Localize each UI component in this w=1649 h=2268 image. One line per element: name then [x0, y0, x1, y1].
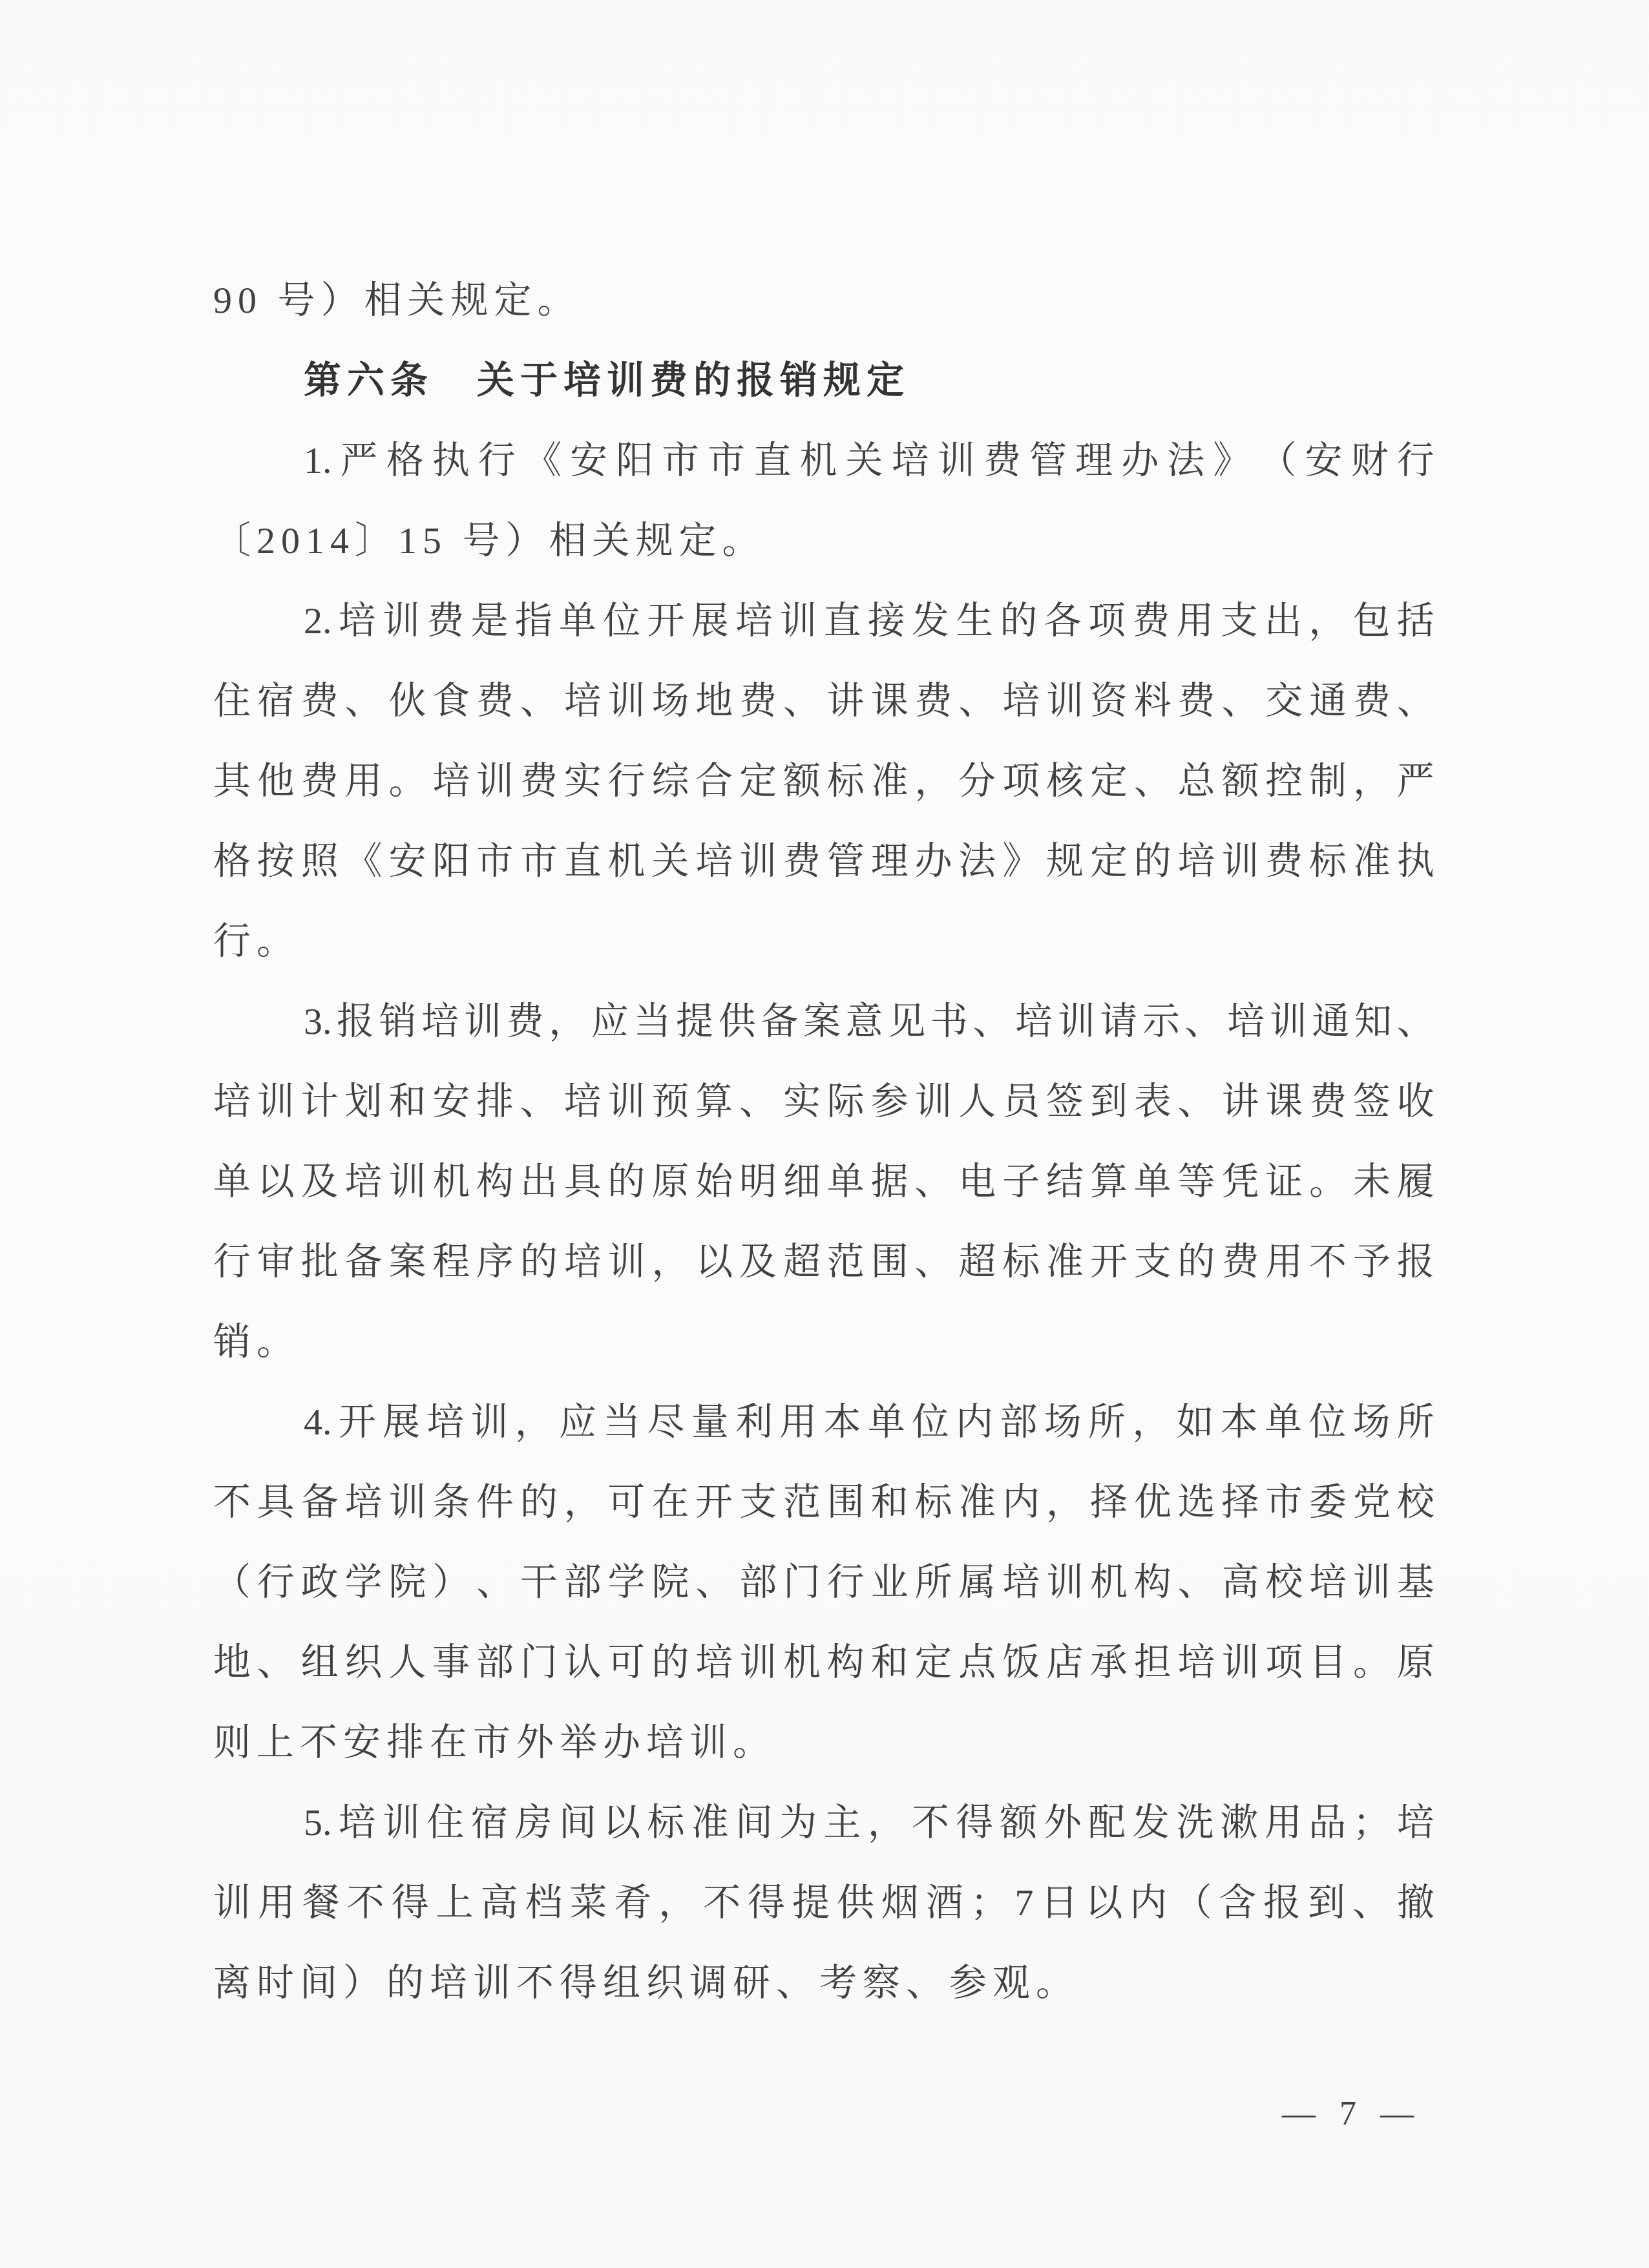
text-char: 市: [1265, 1462, 1303, 1542]
text-char: 到: [1090, 1062, 1128, 1142]
text-char: 费: [983, 421, 1021, 501]
text-char: 括: [1397, 581, 1434, 661]
text-line: 90 号）相关规定。: [213, 260, 1434, 341]
text-char: ）: [432, 1542, 470, 1622]
text-char: 培: [1309, 1542, 1347, 1622]
text-char: 和: [871, 1462, 909, 1542]
text-char: 、: [915, 1222, 952, 1302]
text-char: 子: [1002, 1142, 1040, 1222]
text-char: 开: [647, 581, 684, 661]
text-char: 训: [476, 741, 514, 821]
text-char: ，: [549, 982, 586, 1062]
text-char: 培: [695, 821, 733, 901]
text-char: 训: [213, 1863, 251, 1943]
text-char: 围: [871, 1222, 909, 1302]
text-char: 、: [1178, 1542, 1215, 1622]
text-char: 优: [1134, 1462, 1171, 1542]
text-char: 培: [1178, 821, 1215, 901]
text-line: 培训计划和安排、培训预算、实际参训人员签到表、讲课费签收: [213, 1062, 1434, 1142]
text-char: 得: [748, 1863, 785, 1943]
text-char: 应: [591, 982, 629, 1062]
text-char: 不: [213, 1462, 251, 1542]
text-char: 档: [525, 1863, 562, 1943]
text-char: 《: [524, 421, 562, 501]
text-char: ，: [564, 1462, 602, 1542]
text-char: 院: [651, 1542, 689, 1622]
text-char: 展: [691, 581, 729, 661]
text-char: 实: [783, 1062, 821, 1142]
text-char: 组: [301, 1622, 339, 1703]
text-char: 未: [1353, 1142, 1391, 1222]
text-char: 费: [476, 661, 514, 741]
text-line: 1.严格执行《安阳市市直机关培训费管理办法》（安财行: [213, 421, 1434, 501]
text-char: 及: [739, 1222, 777, 1302]
text-char: 训: [915, 1062, 952, 1142]
text-line: 其他费用。培训费实行综合定额标准，分项核定、总额控制，严: [213, 741, 1434, 821]
text-char: 书: [930, 982, 968, 1062]
text-char: 以: [257, 1142, 295, 1222]
text-char: 费: [1265, 821, 1303, 901]
text-char: 肴: [614, 1863, 651, 1943]
text-char: 指: [515, 581, 552, 661]
text-char: 上: [436, 1863, 474, 1943]
text-char: 所: [915, 1542, 952, 1622]
text-line: 则上不安排在市外举办培训。: [213, 1703, 1434, 1783]
text-line: 2.培训费是指单位开展培训直接发生的各项费用支出，包括: [213, 581, 1434, 661]
text-char: 间: [559, 1783, 596, 1863]
text-char: 凭: [1221, 1142, 1259, 1222]
text-char: 的: [1000, 581, 1037, 661]
text-char: 证: [1265, 1142, 1303, 1222]
text-char: 业: [871, 1542, 909, 1622]
text-char: 训: [1353, 1542, 1391, 1622]
text-char: 部: [564, 1542, 602, 1622]
text-char: 准: [1046, 1222, 1084, 1302]
text-char: 备: [345, 1222, 383, 1302]
text-char: 费: [1221, 1222, 1259, 1302]
text-char: 范: [783, 1462, 821, 1542]
text-char: 费: [783, 821, 821, 901]
text-char: 餐: [302, 1863, 340, 1943]
text-char: 承: [1090, 1622, 1128, 1703]
text-char: 安: [1305, 421, 1343, 501]
text-char: 所: [1397, 1382, 1434, 1462]
text-char: ，: [1308, 581, 1346, 661]
text-char: 》: [1002, 821, 1040, 901]
text-char: 意: [846, 982, 883, 1062]
text-char: 训: [1046, 661, 1084, 741]
text-char: 接: [868, 581, 905, 661]
text-char: 不: [703, 1863, 740, 1943]
text-char: 属: [958, 1542, 996, 1622]
text-char: 报: [1263, 1863, 1301, 1943]
text-char: 场: [1044, 1382, 1082, 1462]
text-char: 财: [1351, 421, 1389, 501]
text-char: 标: [1002, 1222, 1040, 1302]
text-char: 委: [1309, 1462, 1347, 1542]
text-char: 1.: [304, 421, 332, 501]
text-char: 按: [257, 821, 295, 901]
text-char: 机: [432, 1142, 470, 1222]
text-char: 单: [1265, 1382, 1302, 1462]
text-char: 直: [753, 421, 791, 501]
text-char: 、: [1397, 982, 1434, 1062]
text-char: 理: [871, 821, 909, 901]
text-char: 定: [1090, 821, 1128, 901]
text-char: 和: [388, 1062, 426, 1142]
text-char: 、: [1178, 1062, 1215, 1142]
text-char: 训: [608, 1062, 646, 1142]
text-char: 准: [871, 741, 909, 821]
text-char: 请: [1100, 982, 1137, 1062]
text-char: 训: [938, 421, 975, 501]
text-char: 项: [1002, 741, 1040, 821]
text-char: 校: [1397, 1462, 1434, 1542]
text-char: 销: [379, 982, 417, 1062]
text-char: 费: [1132, 581, 1170, 661]
text-char: 费: [301, 661, 339, 741]
text-char: 位: [912, 1382, 949, 1462]
text-char: 所: [1088, 1382, 1126, 1462]
text-char: 部: [476, 1622, 514, 1703]
text-char: 知: [1354, 982, 1392, 1062]
text-char: 培: [421, 982, 459, 1062]
text-char: 点: [958, 1622, 996, 1703]
text-char: 范: [827, 1222, 865, 1302]
text-char: 、: [695, 1542, 733, 1622]
text-char: 当: [603, 1382, 640, 1462]
text-char: 配: [1088, 1783, 1126, 1863]
text-char: 、: [520, 661, 558, 741]
text-char: 训: [608, 1222, 646, 1302]
text-char: 表: [1134, 1062, 1171, 1142]
text-char: 培: [345, 1142, 383, 1222]
text-char: 讲: [1221, 1062, 1259, 1142]
text-char: 训: [608, 661, 646, 741]
text-char: 用: [1265, 1222, 1303, 1302]
text-char: 其: [213, 741, 251, 821]
text-char: 行: [478, 421, 516, 501]
text-char: 间: [735, 1783, 773, 1863]
text-line: 销。: [213, 1302, 1434, 1382]
text-char: 训: [388, 1142, 426, 1222]
text-char: 训: [1046, 1542, 1084, 1622]
text-char: 案: [803, 982, 841, 1062]
text-char: 政: [301, 1542, 339, 1622]
text-char: 支: [739, 1462, 777, 1542]
text-char: 培: [564, 1062, 602, 1142]
text-char: 费: [301, 741, 339, 821]
text-char: 用: [779, 1382, 817, 1462]
text-char: 规: [1046, 821, 1084, 901]
text-char: 单: [868, 1382, 905, 1462]
text-char: 理: [1075, 421, 1113, 501]
text-char: 始: [695, 1142, 733, 1222]
text-char: 撤: [1397, 1863, 1434, 1943]
text-char: 基: [1397, 1542, 1434, 1622]
text-char: 学: [608, 1542, 646, 1622]
text-char: 本: [1221, 1382, 1258, 1462]
text-char: 以: [695, 1222, 733, 1302]
text-char: 程: [432, 1222, 470, 1302]
text-char: 支: [1221, 581, 1258, 661]
text-char: 外: [1044, 1783, 1082, 1863]
text-char: 划: [345, 1062, 383, 1142]
document-body: 90 号）相关规定。第六条 关于培训费的报销规定1.严格执行《安阳市市直机关培训…: [213, 260, 1434, 2023]
text-char: 菜: [569, 1863, 607, 1943]
text-char: 7: [1015, 1863, 1034, 1943]
text-char: 伙: [388, 661, 426, 741]
text-char: 开: [695, 1462, 733, 1542]
text-line: 行。: [213, 901, 1434, 982]
text-line: 4.开展培训，应当尽量利用本单位内部场所，如本单位场所: [213, 1382, 1434, 1462]
text-char: 认: [564, 1622, 602, 1703]
text-char: 部: [739, 1542, 777, 1622]
text-char: 内: [1002, 1462, 1040, 1542]
text-char: 事: [432, 1622, 470, 1703]
text-char: 计: [301, 1062, 339, 1142]
text-char: 准: [1353, 821, 1391, 901]
text-char: 住: [426, 1783, 464, 1863]
text-char: 电: [958, 1142, 996, 1222]
text-char: 是: [470, 581, 508, 661]
text-char: 总: [1178, 741, 1215, 821]
text-char: 履: [1397, 1142, 1434, 1222]
text-char: 训: [470, 1382, 508, 1462]
text-char: 具: [257, 1462, 295, 1542]
text-char: 漱: [1221, 1783, 1258, 1863]
text-char: 排: [476, 1062, 514, 1142]
text-char: 围: [827, 1462, 865, 1542]
text-char: 的: [608, 1142, 646, 1222]
text-char: 、: [972, 982, 1010, 1062]
text-char: 综: [651, 741, 689, 821]
text-char: 人: [388, 1622, 426, 1703]
text-char: 训: [257, 1062, 295, 1142]
text-char: 结: [1046, 1142, 1084, 1222]
text-char: 开: [339, 1382, 376, 1462]
text-char: 法: [1167, 421, 1204, 501]
text-char: 训: [1270, 982, 1307, 1062]
text-char: 核: [1046, 741, 1084, 821]
text-char: 可: [608, 1462, 646, 1542]
text-char: ，: [658, 1863, 696, 1943]
text-char: 费: [1309, 1062, 1347, 1142]
text-line: 〔2014〕15 号）相关规定。: [213, 501, 1434, 581]
text-char: 培: [1015, 982, 1053, 1062]
text-char: ，: [515, 1382, 552, 1462]
text-char: 办: [915, 821, 952, 901]
text-char: 内: [1129, 1863, 1167, 1943]
text-char: 料: [1134, 661, 1171, 741]
text-char: 的: [520, 1462, 558, 1542]
text-char: 地: [213, 1622, 251, 1703]
text-char: 择: [1090, 1462, 1128, 1542]
text-char: 机: [783, 1622, 821, 1703]
text-char: 算: [695, 1062, 733, 1142]
text-char: 烟: [881, 1863, 919, 1943]
text-char: 机: [608, 821, 646, 901]
text-line: 单以及培训机构出具的原始明细单据、电子结算单等凭证。未履: [213, 1142, 1434, 1222]
text-char: 通: [1312, 982, 1349, 1062]
text-char: 原: [651, 1142, 689, 1222]
text-char: 额: [1000, 1783, 1037, 1863]
text-char: 备: [761, 982, 798, 1062]
text-line: 5.培训住宿房间以标准间为主，不得额外配发洗漱用品；培: [213, 1783, 1434, 1863]
text-char: 训: [739, 1622, 777, 1703]
text-char: 生: [956, 581, 993, 661]
text-char: 示: [1142, 982, 1180, 1062]
text-char: 实: [564, 741, 602, 821]
text-char: 费: [915, 661, 952, 741]
text-char: 费: [1178, 661, 1215, 741]
text-char: 直: [564, 821, 602, 901]
text-char: 照: [301, 821, 339, 901]
text-line: 行审批备案程序的培训，以及超范围、超标准开支的费用不予报: [213, 1222, 1434, 1302]
text-char: 行: [827, 1542, 865, 1622]
text-char: 阳: [616, 421, 653, 501]
text-char: 不: [1309, 1222, 1347, 1302]
text-char: 2.: [304, 581, 332, 661]
text-char: 预: [651, 1062, 689, 1142]
text-line: 离时间）的培训不得组织调研、考察、参观。: [213, 1943, 1434, 2023]
text-char: 细: [783, 1142, 821, 1222]
text-char: 超: [783, 1222, 821, 1302]
text-char: （: [213, 1542, 251, 1622]
text-char: 以: [1085, 1863, 1122, 1943]
text-char: 、: [1185, 982, 1223, 1062]
text-char: 严: [1397, 741, 1434, 821]
text-char: 具: [564, 1142, 602, 1222]
text-char: 见: [888, 982, 925, 1062]
text-char: 安: [388, 821, 426, 901]
text-char: 费: [426, 581, 464, 661]
text-char: 合: [695, 741, 733, 821]
text-char: 品: [1308, 1783, 1346, 1863]
text-char: 高: [481, 1863, 518, 1943]
text-char: 审: [257, 1222, 295, 1302]
text-char: ，: [915, 741, 952, 821]
text-char: 店: [1046, 1622, 1084, 1703]
text-char: 在: [651, 1462, 689, 1542]
text-char: （: [1259, 421, 1296, 501]
text-char: 训: [1058, 982, 1095, 1062]
text-char: 、: [257, 1622, 295, 1703]
text-char: 等: [1178, 1142, 1215, 1222]
text-char: 不: [347, 1863, 384, 1943]
text-char: 市: [476, 821, 514, 901]
text-char: 日: [1041, 1863, 1078, 1943]
text-char: 格: [213, 821, 251, 901]
text-char: 培: [213, 1062, 251, 1142]
text-char: 费: [507, 982, 544, 1062]
text-char: 培: [564, 1222, 602, 1302]
text-char: 办: [1121, 421, 1159, 501]
text-char: 担: [1134, 1622, 1171, 1703]
text-char: 培: [432, 741, 470, 821]
text-char: 市: [520, 821, 558, 901]
text-char: 直: [823, 581, 861, 661]
text-char: ；: [1352, 1783, 1390, 1863]
text-char: 不: [912, 1783, 949, 1863]
text-char: 报: [337, 982, 374, 1062]
text-char: 备: [301, 1462, 339, 1542]
text-char: 以: [603, 1783, 640, 1863]
text-char: 各: [1044, 581, 1082, 661]
text-char: 单: [1134, 1142, 1171, 1222]
text-char: 酒: [926, 1863, 963, 1943]
text-char: 、: [783, 661, 821, 741]
text-char: 明: [739, 1142, 777, 1222]
text-char: 行: [213, 1222, 251, 1302]
text-char: 培: [892, 421, 929, 501]
text-char: 到: [1308, 1863, 1345, 1943]
text-char: 、: [1134, 741, 1171, 821]
text-char: 尽: [647, 1382, 684, 1462]
text-char: 内: [956, 1382, 993, 1462]
text-char: 培: [426, 1382, 464, 1462]
text-char: 部: [1000, 1382, 1037, 1462]
text-char: 市: [708, 421, 745, 501]
text-char: 出: [1265, 581, 1302, 661]
text-char: 门: [783, 1542, 821, 1622]
text-char: 目: [1309, 1622, 1347, 1703]
text-char: 得: [956, 1783, 993, 1863]
text-char: 、: [1352, 1863, 1390, 1943]
text-char: 阳: [432, 821, 470, 901]
text-char: 培: [564, 661, 602, 741]
text-char: 培: [695, 1622, 733, 1703]
text-char: 主: [823, 1783, 861, 1863]
text-char: 通: [1309, 661, 1347, 741]
text-char: 院: [388, 1542, 426, 1622]
text-char: 开: [1090, 1222, 1128, 1302]
text-char: 。: [388, 741, 426, 821]
text-char: 供: [719, 982, 756, 1062]
text-char: 机: [800, 421, 837, 501]
text-char: 用: [345, 741, 383, 821]
text-char: 条: [432, 1462, 470, 1542]
text-char: 据: [871, 1142, 909, 1222]
text-char: 及: [301, 1142, 339, 1222]
text-char: 培: [1002, 1542, 1040, 1622]
text-char: 收: [1397, 1062, 1434, 1142]
text-char: 位: [603, 581, 640, 661]
text-char: 制: [1309, 741, 1347, 821]
text-char: 定: [915, 1622, 952, 1703]
text-char: 、: [520, 1062, 558, 1142]
text-char: 算: [1090, 1142, 1128, 1222]
text-char: 饭: [1002, 1622, 1040, 1703]
text-char: 位: [1308, 1382, 1346, 1462]
text-char: 训: [383, 1783, 420, 1863]
text-char: 支: [1134, 1222, 1171, 1302]
text-char: 提: [676, 982, 713, 1062]
text-char: 3.: [304, 982, 332, 1062]
text-char: 培: [339, 581, 376, 661]
text-char: 的: [1178, 1222, 1215, 1302]
text-char: 选: [1178, 1462, 1215, 1542]
text-char: 可: [608, 1622, 646, 1703]
text-char: ；: [971, 1863, 1008, 1943]
text-char: 件: [476, 1462, 514, 1542]
text-char: 含: [1219, 1863, 1256, 1943]
text-char: 洗: [1176, 1783, 1213, 1863]
text-char: 行: [608, 741, 646, 821]
text-char: 为: [779, 1783, 817, 1863]
text-char: 执: [432, 421, 470, 501]
text-char: 超: [958, 1222, 996, 1302]
